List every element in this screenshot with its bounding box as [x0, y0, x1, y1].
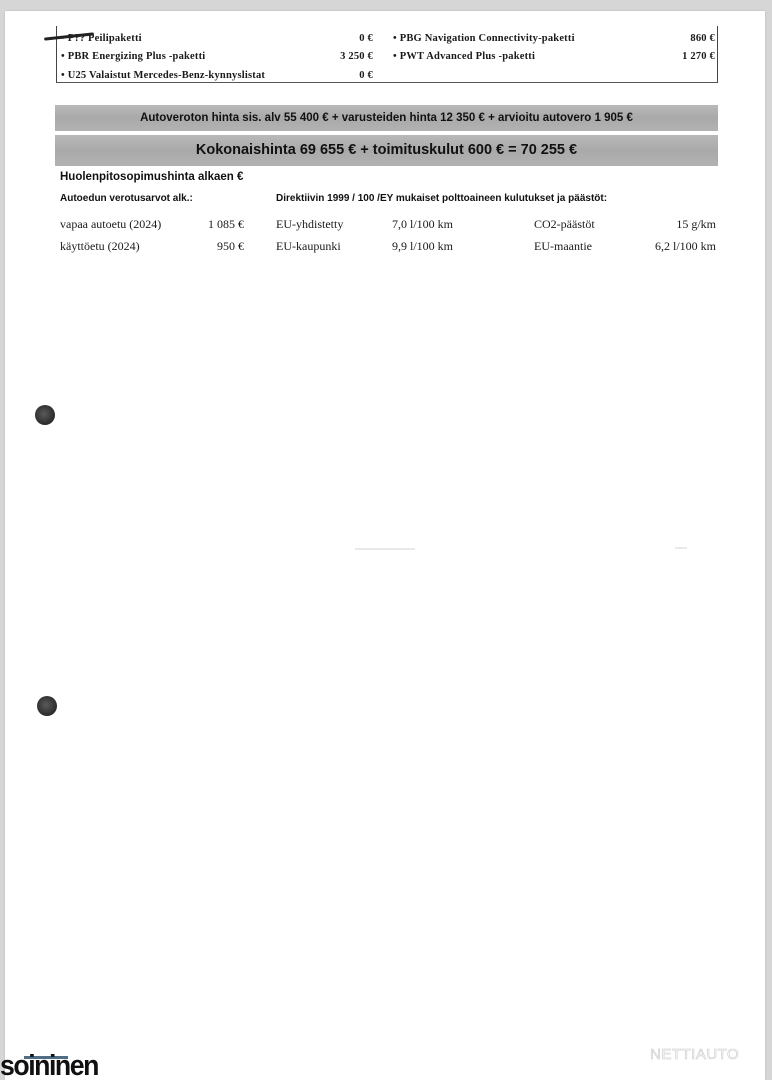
consumption-label: EU-yhdistetty	[276, 217, 343, 232]
emission-label: CO2-päästöt	[534, 217, 595, 232]
equipment-price: 3 250 €	[340, 51, 373, 62]
punch-hole-icon	[35, 405, 55, 425]
total-price-band: Kokonaishinta 69 655 € + toimituskulut 6…	[55, 135, 718, 166]
document-viewer: • P?? Peilipaketti 0 € • PBR Energizing …	[0, 0, 772, 1080]
consumption-value: 9,9 l/100 km	[392, 239, 453, 254]
equipment-price: 860 €	[690, 33, 715, 44]
equipment-item: • U25 Valaistut Mercedes-Benz-kynnyslist…	[61, 66, 373, 84]
equipment-label: • PBG Navigation Connectivity-paketti	[393, 33, 690, 44]
emission-value: 15 g/km	[610, 217, 716, 232]
equipment-item: • PBR Energizing Plus -paketti 3 250 €	[61, 47, 373, 65]
equipment-price: 0 €	[359, 33, 373, 44]
handwritten-strikethrough	[44, 33, 94, 38]
equipment-item: • PBG Navigation Connectivity-paketti 86…	[393, 29, 715, 47]
consumption-value: 7,0 l/100 km	[392, 217, 453, 232]
consumption-label: EU-kaupunki	[276, 239, 341, 254]
maintenance-contract-label: Huolenpitosopimushinta alkaen €	[60, 171, 243, 183]
equipment-list-box: • P?? Peilipaketti 0 € • PBR Energizing …	[56, 26, 718, 83]
equipment-label: • PBR Energizing Plus -paketti	[61, 51, 340, 62]
tax-label: vapaa autoetu (2024)	[60, 217, 161, 232]
price-breakdown-band: Autoveroton hinta sis. alv 55 400 € + va…	[55, 105, 718, 131]
consumption-value: 6,2 l/100 km	[610, 239, 716, 254]
tax-value: 950 €	[170, 239, 244, 254]
punch-hole-icon	[37, 696, 57, 716]
equipment-item: • PWT Advanced Plus -paketti 1 270 €	[393, 47, 715, 65]
faint-scan-artifact	[355, 548, 415, 550]
emissions-header: Direktiivin 1999 / 100 /EY mukaiset polt…	[276, 193, 607, 204]
faint-scan-artifact	[675, 547, 687, 549]
watermark: NETTIAUTO	[650, 1046, 739, 1063]
equipment-label: • PWT Advanced Plus -paketti	[393, 51, 682, 62]
consumption-label: EU-maantie	[534, 239, 592, 254]
taxation-header: Autoedun verotusarvot alk.:	[60, 193, 193, 204]
equipment-price: 0 €	[359, 70, 373, 81]
tax-value: 1 085 €	[170, 217, 244, 232]
equipment-label: • U25 Valaistut Mercedes-Benz-kynnyslist…	[61, 70, 359, 81]
dealer-logo: soininen	[0, 1052, 98, 1080]
equipment-price: 1 270 €	[682, 51, 715, 62]
equipment-label: • P?? Peilipaketti	[61, 33, 359, 44]
equipment-item: • P?? Peilipaketti 0 €	[61, 29, 373, 47]
tax-label: käyttöetu (2024)	[60, 239, 140, 254]
